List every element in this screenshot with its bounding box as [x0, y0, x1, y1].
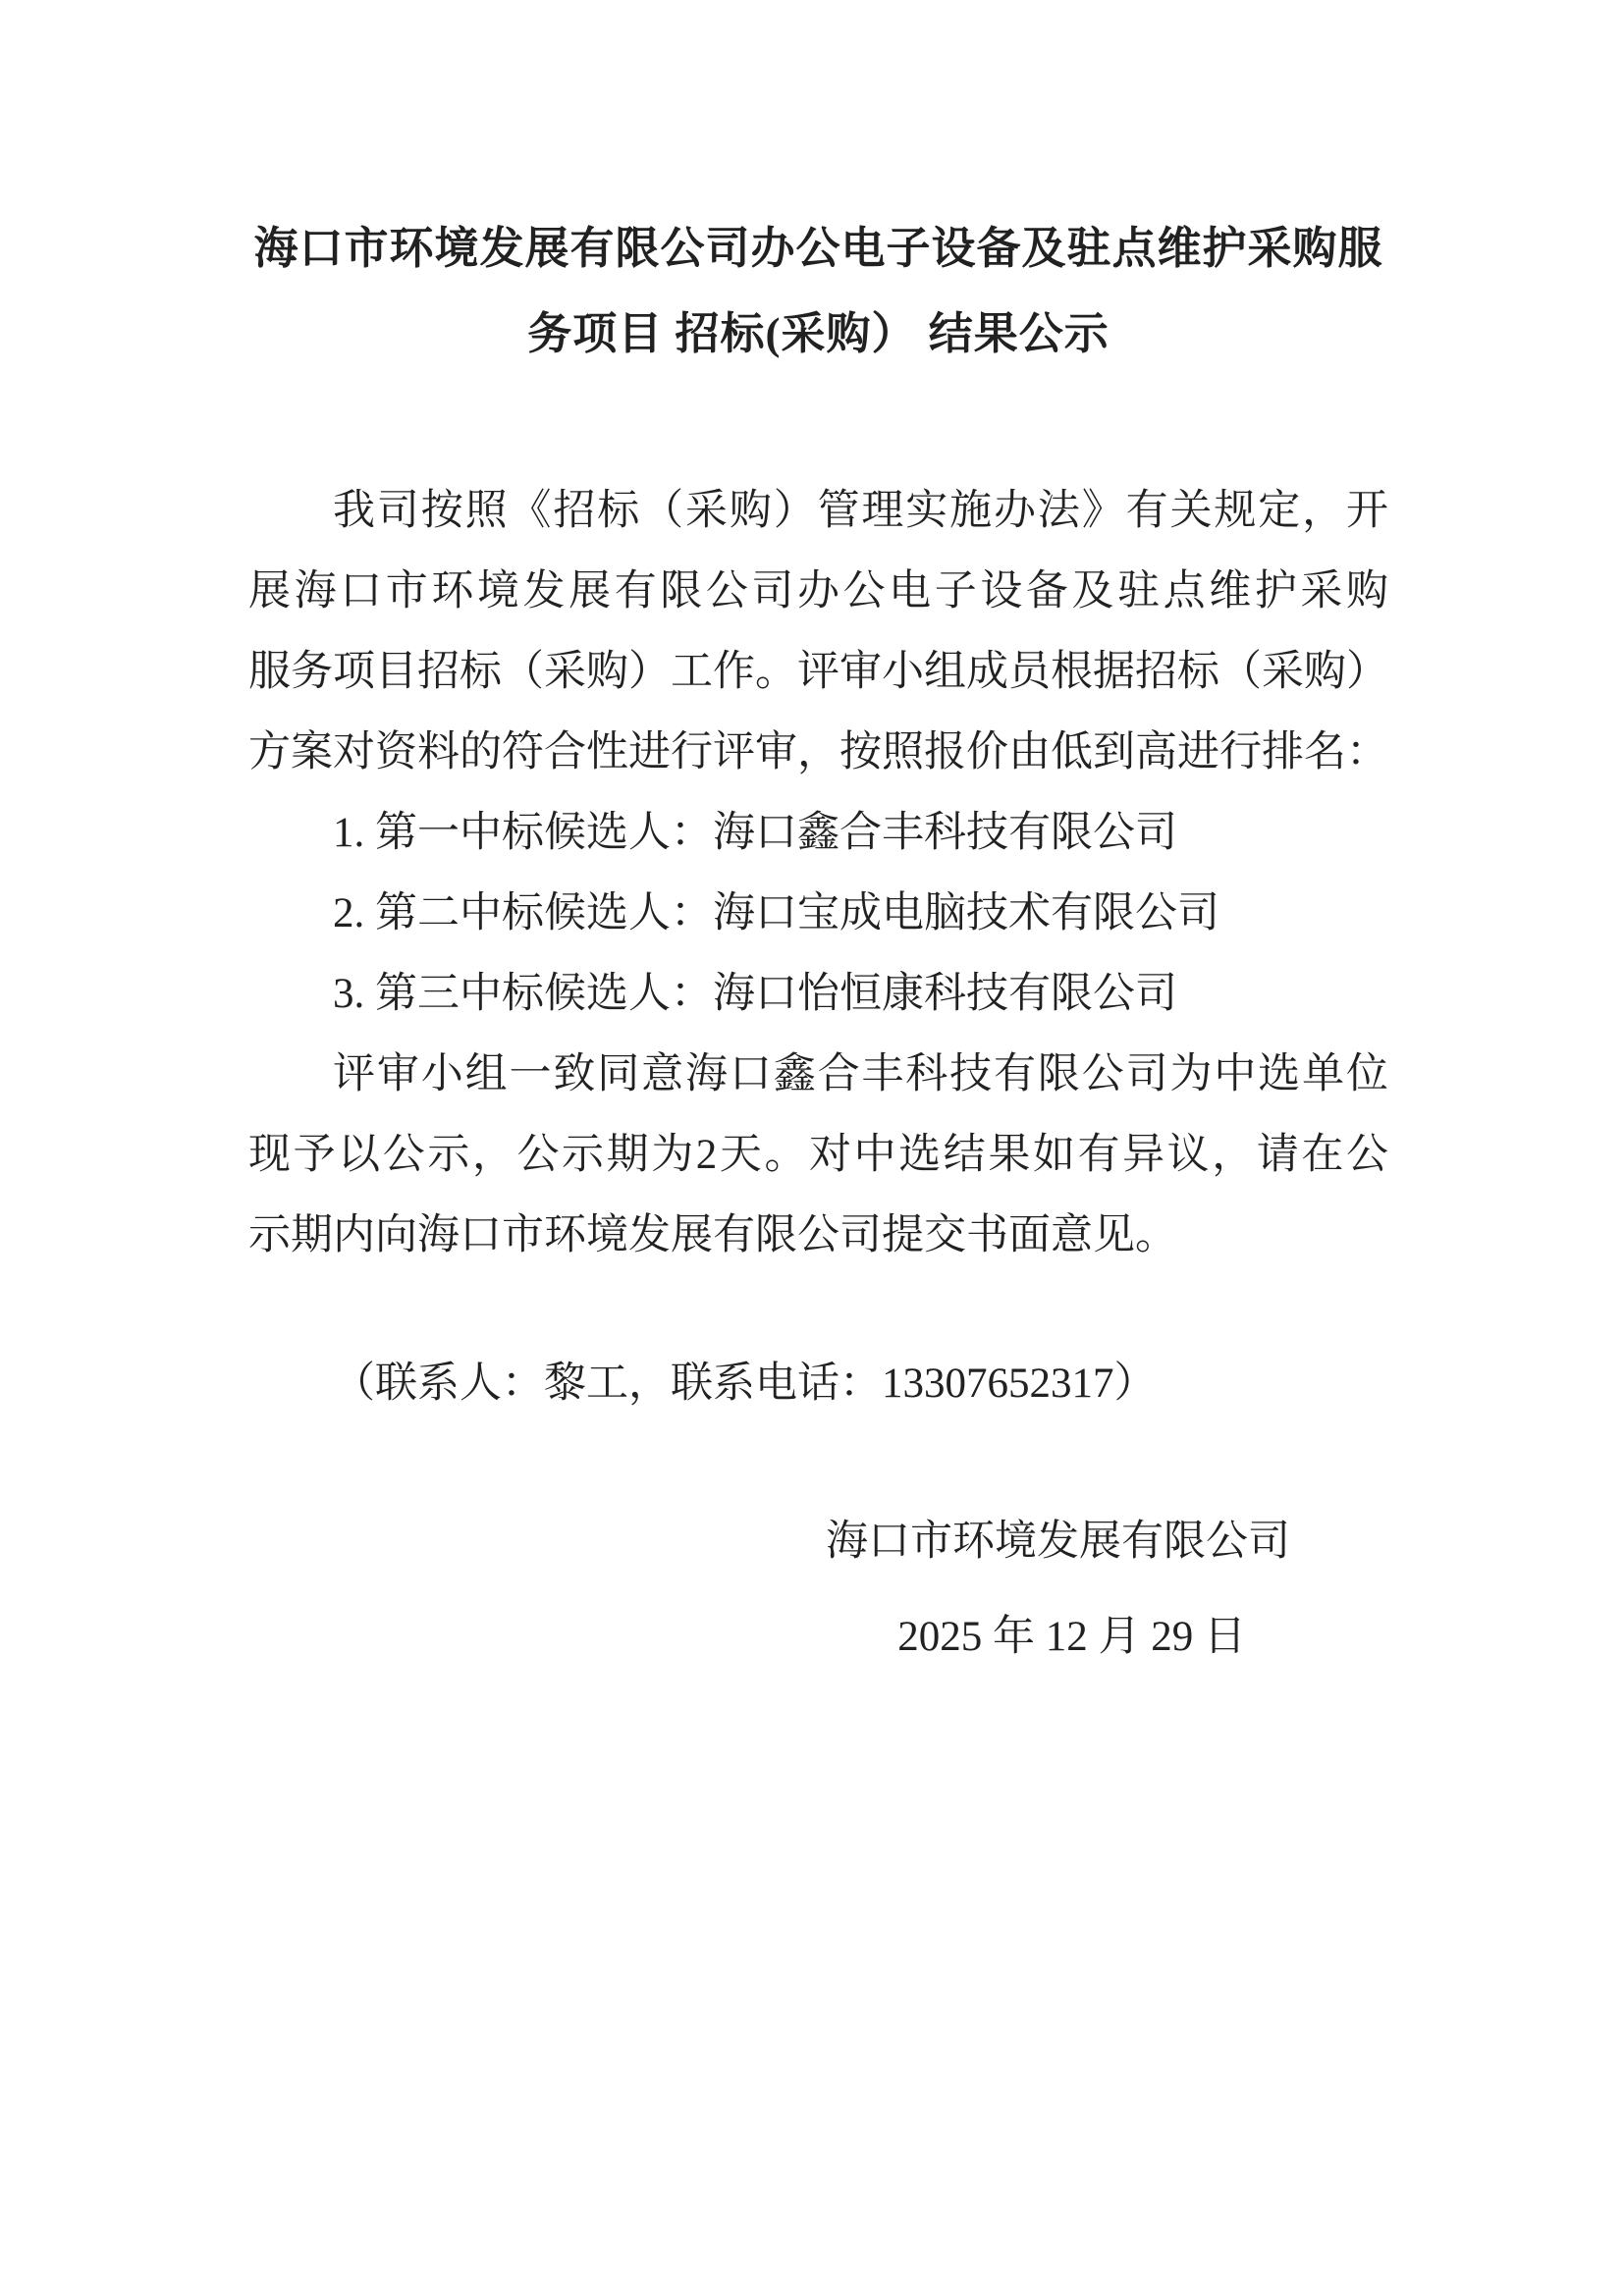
paragraph-result-line-2: 现予以公示，公示期为2天。对中选结果如有异议，请在公	[248, 1115, 1388, 1196]
title-line-2: 务项目 招标(采购） 结果公示	[248, 292, 1388, 377]
candidate-item-1: 1. 第一中标候选人：海口鑫合丰科技有限公司	[248, 793, 1388, 874]
paragraph-intro: 我司按照《招标（采购）管理实施办法》有关规定，开 展海口市环境发展有限公司办公电…	[248, 471, 1388, 793]
document-title: 海口市环境发展有限公司办公电子设备及驻点维护采购服 务项目 招标(采购） 结果公…	[248, 206, 1388, 377]
candidate-item-3: 3. 第三中标候选人：海口怡恒康科技有限公司	[248, 954, 1388, 1035]
paragraph-intro-line-4: 方案对资料的符合性进行评审，按照报价由低到高进行排名：	[248, 713, 1388, 793]
signature-date: 2025 年 12 月 29 日	[248, 1597, 1388, 1678]
paragraph-intro-line-2: 展海口市环境发展有限公司办公电子设备及驻点维护采购	[248, 552, 1388, 632]
title-line-1: 海口市环境发展有限公司办公电子设备及驻点维护采购服	[248, 206, 1388, 292]
paragraph-intro-line-1: 我司按照《招标（采购）管理实施办法》有关规定，开	[248, 471, 1388, 552]
candidate-list: 1. 第一中标候选人：海口鑫合丰科技有限公司 2. 第二中标候选人：海口宝成电脑…	[248, 793, 1388, 1035]
candidate-item-2: 2. 第二中标候选人：海口宝成电脑技术有限公司	[248, 874, 1388, 954]
document-page: 海口市环境发展有限公司办公电子设备及驻点维护采购服 务项目 招标(采购） 结果公…	[0, 0, 1624, 2296]
paragraph-intro-line-3: 服务项目招标（采购）工作。评审小组成员根据招标（采购）	[248, 632, 1388, 713]
paragraph-result-line-3: 示期内向海口市环境发展有限公司提交书面意见。	[248, 1196, 1388, 1276]
document-content: 海口市环境发展有限公司办公电子设备及驻点维护采购服 务项目 招标(采购） 结果公…	[0, 206, 1624, 1678]
signature-company: 海口市环境发展有限公司	[248, 1502, 1388, 1582]
contact-block: （联系人：黎工，联系电话：13307652317）	[248, 1344, 1388, 1424]
paragraph-result-line-1: 评审小组一致同意海口鑫合丰科技有限公司为中选单位	[248, 1035, 1388, 1115]
contact-line: （联系人：黎工，联系电话：13307652317）	[248, 1344, 1388, 1424]
paragraph-result: 评审小组一致同意海口鑫合丰科技有限公司为中选单位 现予以公示，公示期为2天。对中…	[248, 1035, 1388, 1276]
